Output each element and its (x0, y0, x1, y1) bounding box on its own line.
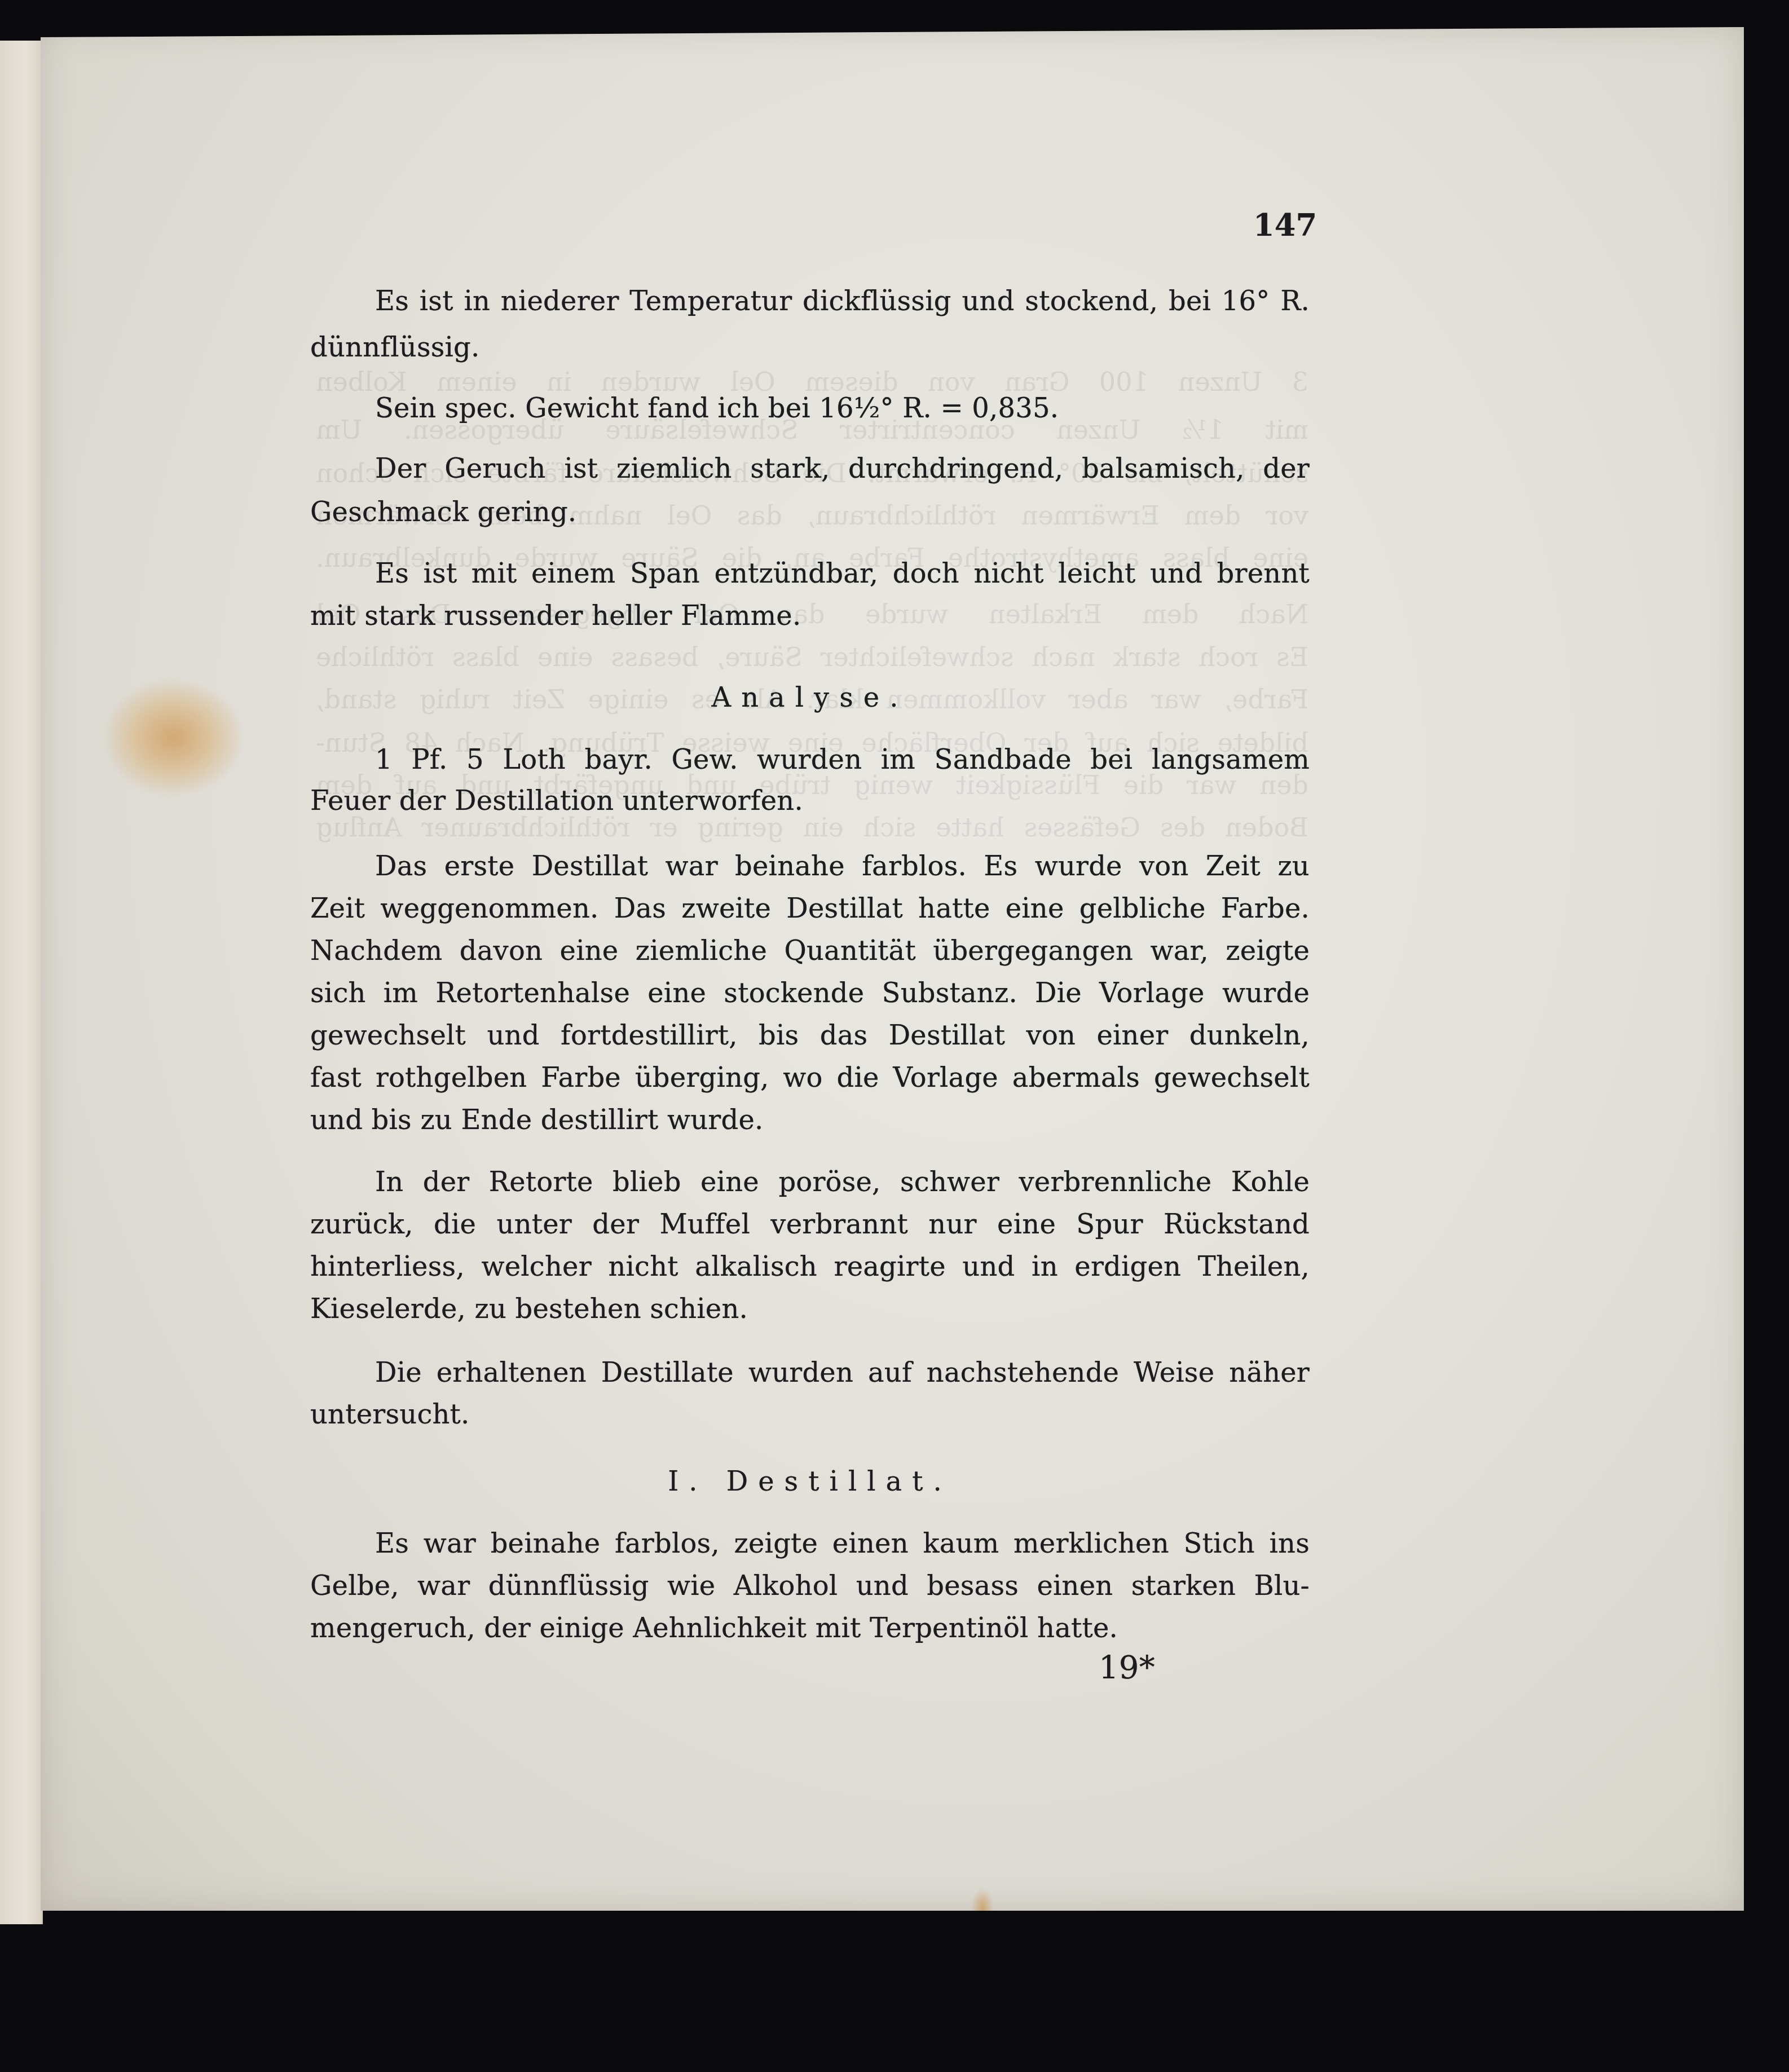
paragraph-line: dünnflüssig. (310, 334, 1310, 361)
show-through-line: Boden des Gefässes hatte sich ein gering… (316, 812, 1308, 843)
show-through-line: Es roch stark nach schwefelichter Säure,… (316, 642, 1308, 672)
paragraph-line: Es war beinahe farblos, zeigte einen kau… (375, 1530, 1310, 1557)
paragraph-line: Nachdem davon eine ziemliche Quantität ü… (310, 937, 1310, 964)
paragraph-line: Gelbe, war dünnflüssig wie Alkohol und b… (310, 1572, 1310, 1599)
paragraph-line: zurück, die unter der Muffel verbrannt n… (310, 1211, 1310, 1238)
page-number: 147 (1253, 210, 1317, 240)
paragraph-line: In der Retorte blieb eine poröse, schwer… (375, 1169, 1310, 1196)
paragraph-line: Der Geruch ist ziemlich stark, durchdrin… (375, 455, 1310, 482)
paragraph-line: sich im Retortenhalse eine stockende Sub… (310, 980, 1310, 1007)
paragraph-line: Geschmack gering. (310, 499, 1310, 526)
paragraph-line: Das erste Destillat war beinahe farblos.… (375, 853, 1310, 880)
paragraph-line: Zeit weggenommen. Das zweite Destillat h… (310, 895, 1310, 922)
paragraph-line: hinterliess, welcher nicht alkalisch rea… (310, 1253, 1310, 1280)
paragraph-line: mit stark russender heller Flamme. (310, 602, 1310, 629)
paragraph-line: fast rothgelben Farbe überging, wo die V… (310, 1064, 1310, 1091)
paragraph-line: Sein spec. Gewicht fand ich bei 16½° R. … (375, 395, 1310, 422)
paragraph-line: 1 Pf. 5 Loth bayr. Gew. wurden im Sandba… (375, 746, 1310, 773)
paragraph-line: Es ist in niederer Temperatur dickflüssi… (375, 288, 1310, 315)
paragraph-line: gewechselt und fortdestillirt, bis das D… (310, 1022, 1310, 1049)
paragraph-line: Feuer der Destillation unterworfen. (310, 787, 1310, 814)
paragraph-line: untersucht. (310, 1401, 1310, 1428)
foxing-stain (105, 681, 241, 794)
paragraph-line: Kieselerde, zu bestehen schien. (310, 1295, 1310, 1322)
section-heading-analyse: Analyse. (310, 684, 1310, 711)
left-page-edge (0, 41, 43, 1924)
paragraph-line: Es ist mit einem Span entzündbar, doch n… (375, 560, 1310, 587)
paragraph-line: Die erhaltenen Destillate wurden auf nac… (375, 1359, 1310, 1386)
section-heading-destillat: I. Destillat. (310, 1468, 1310, 1495)
paragraph-line: mengeruch, der einige Aehnlichkeit mit T… (310, 1615, 1310, 1642)
foxing-stain-small (971, 1888, 994, 1928)
paragraph-line: und bis zu Ende destillirt wurde. (310, 1106, 1310, 1134)
signature-mark: 19* (1099, 1652, 1155, 1684)
